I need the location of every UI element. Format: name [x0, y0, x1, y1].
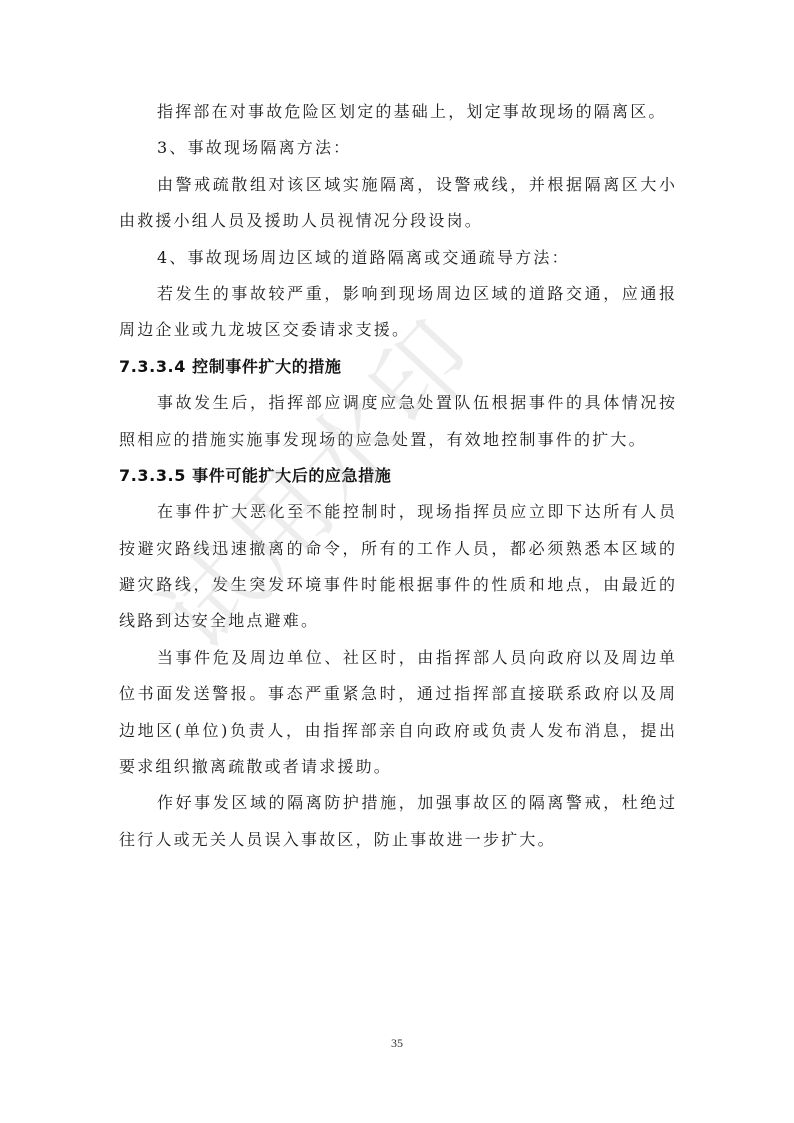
paragraph-line: 当事件危及周边单位、社区时，由指挥部人员向政府以及周边单 [119, 640, 675, 676]
paragraph-line: 指挥部在对事故危险区划定的基础上，划定事故现场的隔离区。 [119, 94, 675, 130]
paragraph-line: 事故发生后，指挥部应调度应急处置队伍根据事件的具体情况按 [119, 385, 675, 421]
paragraph-line: 位书面发送警报。事态严重紧急时，通过指挥部直接联系政府以及周 [119, 676, 675, 712]
paragraph-line: 由救援小组人员及援助人员视情况分段设岗。 [119, 203, 675, 239]
section-heading-7-3-3-5: 7.3.3.5 事件可能扩大后的应急措施 [119, 458, 675, 494]
document-page: 指挥部在对事故危险区划定的基础上，划定事故现场的隔离区。 3、事故现场隔离方法：… [0, 0, 794, 1123]
paragraph-line: 边地区(单位)负责人，由指挥部亲自向政府或负责人发布消息，提出 [119, 713, 675, 749]
list-item-traffic-method: 4、事故现场周边区域的道路隔离或交通疏导方法： [119, 240, 675, 276]
paragraph-line: 往行人或无关人员误入事故区，防止事故进一步扩大。 [119, 822, 675, 858]
list-item-isolation-method: 3、事故现场隔离方法： [119, 130, 675, 166]
section-heading-7-3-3-4: 7.3.3.4 控制事件扩大的措施 [119, 349, 675, 385]
paragraph-line: 照相应的措施实施事发现场的应急处置，有效地控制事件的扩大。 [119, 422, 675, 458]
paragraph-line: 避灾路线，发生突发环境事件时能根据事件的性质和地点，由最近的 [119, 567, 675, 603]
page-body: 指挥部在对事故危险区划定的基础上，划定事故现场的隔离区。 3、事故现场隔离方法：… [119, 94, 675, 858]
paragraph-line: 在事件扩大恶化至不能控制时，现场指挥员应立即下达所有人员 [119, 494, 675, 530]
paragraph-line: 由警戒疏散组对该区域实施隔离，设警戒线，并根据隔离区大小 [119, 167, 675, 203]
paragraph-line: 线路到达安全地点避难。 [119, 603, 675, 639]
paragraph-line: 周边企业或九龙坡区交委请求支援。 [119, 312, 675, 348]
paragraph-line: 作好事发区域的隔离防护措施，加强事故区的隔离警戒，杜绝过 [119, 785, 675, 821]
page-number: 35 [0, 1036, 794, 1051]
paragraph-line: 要求组织撤离疏散或者请求援助。 [119, 749, 675, 785]
paragraph-line: 按避灾路线迅速撤离的命令，所有的工作人员，都必须熟悉本区域的 [119, 531, 675, 567]
paragraph-line: 若发生的事故较严重，影响到现场周边区域的道路交通，应通报 [119, 276, 675, 312]
